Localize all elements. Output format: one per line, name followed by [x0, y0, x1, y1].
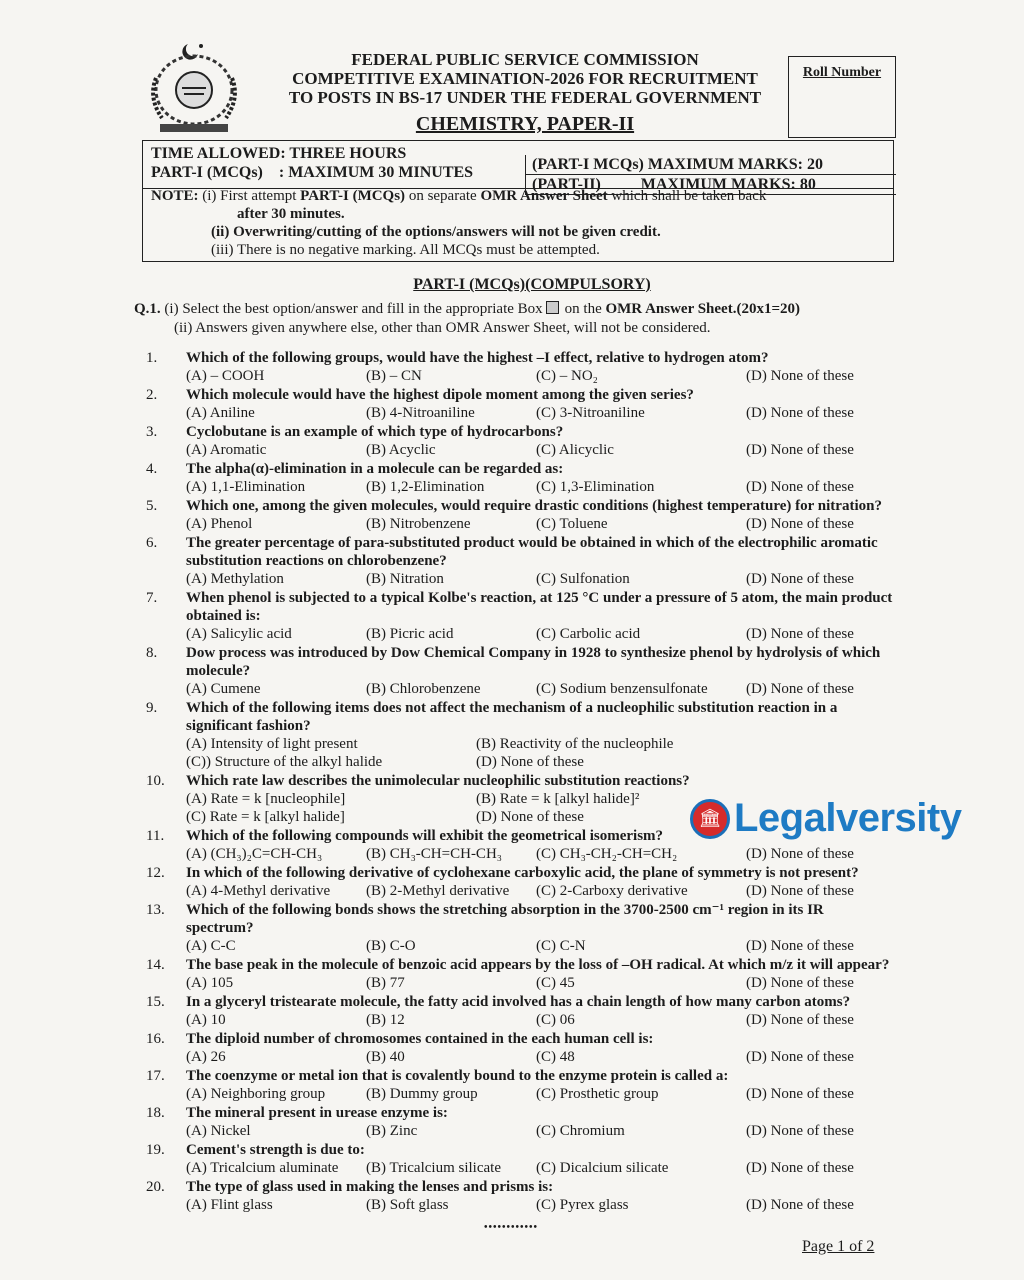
question-list: 1.Which of the following groups, would h… — [146, 349, 894, 1215]
question-number: 1. — [146, 349, 180, 367]
time-allowed: TIME ALLOWED: THREE HOURS — [151, 144, 473, 163]
question-item: 3.Cyclobutane is an example of which typ… — [146, 423, 894, 459]
question-item: 6.The greater percentage of para-substit… — [146, 534, 894, 588]
question-item: 17.The coenzyme or metal ion that is cov… — [146, 1067, 894, 1103]
question-number: 5. — [146, 497, 180, 515]
exam-scope: TO POSTS IN BS-17 UNDER THE FEDERAL GOVE… — [270, 88, 780, 107]
watermark: 🏛 Legalversity — [690, 796, 961, 841]
note-iii: (iii) There is no negative marking. All … — [151, 241, 885, 259]
option[interactable]: (B) Tricalcium silicate — [366, 1159, 536, 1177]
option[interactable]: (D) None of these — [746, 1085, 894, 1103]
options-row: (A) 1,1-Elimination(B) 1,2-Elimination(C… — [186, 478, 894, 496]
option[interactable]: (C) Prosthetic group — [536, 1085, 746, 1103]
option[interactable]: (A) 10 — [186, 1011, 366, 1029]
option[interactable]: (D) None of these — [746, 625, 894, 643]
option[interactable]: (D) None of these — [746, 1048, 894, 1066]
question-item: 5.Which one, among the given molecules, … — [146, 497, 894, 533]
exam-header: FEDERAL PUBLIC SERVICE COMMISSION COMPET… — [270, 50, 780, 136]
question-number: 10. — [146, 772, 180, 790]
question-item: 12.In which of the following derivative … — [146, 864, 894, 900]
option[interactable]: (C) Toluene — [536, 515, 746, 533]
question-item: 9.Which of the following items does not … — [146, 699, 894, 771]
question-item: 4.The alpha(α)-elimination in a molecule… — [146, 460, 894, 496]
option[interactable]: (D) None of these — [746, 1196, 894, 1214]
option[interactable]: (C) 45 — [536, 974, 746, 992]
option[interactable]: (C) Alicyclic — [536, 441, 746, 459]
q1-label: Q.1. — [134, 301, 161, 317]
option[interactable]: (A) (CH₃)₂C=CH-CH₃ — [186, 845, 366, 863]
question-item: 15.In a glyceryl tristearate molecule, t… — [146, 993, 894, 1029]
option[interactable]: (B) 1,2-Elimination — [366, 478, 536, 496]
options-row: (A) Tricalcium aluminate(B) Tricalcium s… — [186, 1159, 894, 1177]
option[interactable]: (B) 4-Nitroaniline — [366, 404, 536, 422]
courthouse-icon: 🏛 — [690, 799, 730, 839]
option[interactable]: (C) Sodium benzensulfonate — [536, 680, 746, 698]
question-text: Cyclobutane is an example of which type … — [186, 423, 894, 441]
option[interactable]: (D) None of these — [746, 882, 894, 900]
option[interactable]: (B) Chlorobenzene — [366, 680, 536, 698]
question-text: The diploid number of chromosomes contai… — [186, 1030, 894, 1048]
question-text: Which of the following groups, would hav… — [186, 349, 894, 367]
options-row: (A) Flint glass(B) Soft glass(C) Pyrex g… — [186, 1196, 894, 1214]
option[interactable]: (C) Dicalcium silicate — [536, 1159, 746, 1177]
option[interactable]: (C) Carbolic acid — [536, 625, 746, 643]
question-text: In which of the following derivative of … — [186, 864, 894, 882]
question-number: 3. — [146, 423, 180, 441]
option[interactable]: (C) 48 — [536, 1048, 746, 1066]
question-number: 2. — [146, 386, 180, 404]
question-item: 19.Cement's strength is due to:(A) Trica… — [146, 1141, 894, 1177]
instruction-i-bold: OMR Answer Sheet.(20x1=20) — [605, 301, 800, 317]
question-item: 16.The diploid number of chromosomes con… — [146, 1030, 894, 1066]
question-text: In a glyceryl tristearate molecule, the … — [186, 993, 894, 1011]
question-text: Which of the following bonds shows the s… — [186, 901, 894, 937]
option[interactable]: (C) 06 — [536, 1011, 746, 1029]
note-i-bold: PART-I (MCQs) — [300, 188, 405, 204]
options-row: (A) Phenol(B) Nitrobenzene(C) Toluene(D)… — [186, 515, 894, 533]
option[interactable]: (A) Phenol — [186, 515, 366, 533]
option[interactable]: (D) None of these — [746, 1011, 894, 1029]
option[interactable]: (D) None of these — [746, 515, 894, 533]
option[interactable]: (D) None of these — [746, 1159, 894, 1177]
watermark-text: Legalversity — [734, 796, 961, 841]
option[interactable]: (D) None of these — [746, 937, 894, 955]
question-text: Which rate law describes the unimolecula… — [186, 772, 894, 790]
option[interactable]: (D) None of these — [746, 367, 894, 385]
question-text: The base peak in the molecule of benzoic… — [186, 956, 894, 974]
option[interactable]: (A) Cumene — [186, 680, 366, 698]
exam-paper-page: FEDERAL PUBLIC SERVICE COMMISSION COMPET… — [0, 0, 1024, 1280]
question-number: 8. — [146, 644, 180, 662]
option[interactable]: (B) Nitrobenzene — [366, 515, 536, 533]
question-number: 9. — [146, 699, 180, 717]
option[interactable]: (B) Dummy group — [366, 1085, 536, 1103]
option[interactable]: (A) Intensity of light present — [186, 735, 476, 753]
question-text: Which one, among the given molecules, wo… — [186, 497, 894, 515]
question-text: When phenol is subjected to a typical Ko… — [186, 589, 894, 625]
options-row: (A) Salicylic acid(B) Picric acid(C) Car… — [186, 625, 894, 643]
question-item: 13.Which of the following bonds shows th… — [146, 901, 894, 955]
option[interactable]: (B) Nitration — [366, 570, 536, 588]
options-row: (A) – COOH(B) – CN(C) – NO₂(D) None of t… — [186, 367, 894, 385]
question-number: 4. — [146, 460, 180, 478]
options-row: (A) Intensity of light present(B) Reacti… — [186, 735, 894, 771]
question-item: 18.The mineral present in urease enzyme … — [146, 1104, 894, 1140]
note-i-text: (i) First attempt — [202, 188, 300, 204]
exam-name: COMPETITIVE EXAMINATION-2026 FOR RECRUIT… — [270, 69, 780, 88]
option[interactable]: (B) Reactivity of the nucleophile — [476, 735, 894, 753]
question-text: The mineral present in urease enzyme is: — [186, 1104, 894, 1122]
option[interactable]: (A) Salicylic acid — [186, 625, 366, 643]
option[interactable]: (C) 3-Nitroaniline — [536, 404, 746, 422]
roll-number-box[interactable]: Roll Number — [788, 56, 896, 138]
option[interactable]: (B) Picric acid — [366, 625, 536, 643]
option[interactable]: (A) C-C — [186, 937, 366, 955]
option[interactable]: (D) None of these — [746, 478, 894, 496]
note-label: NOTE: — [151, 188, 199, 204]
options-row: (A) Methylation(B) Nitration(C) Sulfonat… — [186, 570, 894, 588]
options-row: (A) 10(B) 12(C) 06(D) None of these — [186, 1011, 894, 1029]
option[interactable]: (B) 12 — [366, 1011, 536, 1029]
option[interactable]: (C) Pyrex glass — [536, 1196, 746, 1214]
time-info: TIME ALLOWED: THREE HOURS PART-I (MCQs) … — [151, 144, 473, 182]
end-separator: •••••••••••• — [484, 1222, 538, 1233]
options-row: (A) Cumene(B) Chlorobenzene(C) Sodium be… — [186, 680, 894, 698]
option[interactable]: (A) 1,1-Elimination — [186, 478, 366, 496]
option[interactable]: (C) CH₃-CH₂-CH=CH₂ — [536, 845, 746, 863]
omr-box-icon — [546, 301, 559, 314]
option[interactable]: (A) Rate = k [nucleophile] — [186, 790, 476, 808]
question-text: Cement's strength is due to: — [186, 1141, 894, 1159]
question-number: 13. — [146, 901, 180, 919]
option[interactable]: (C)) Structure of the alkyl halide — [186, 753, 476, 771]
option[interactable]: (D) None of these — [746, 570, 894, 588]
commission-name: FEDERAL PUBLIC SERVICE COMMISSION — [270, 50, 780, 69]
question-item: 7.When phenol is subjected to a typical … — [146, 589, 894, 643]
options-row: (A) (CH₃)₂C=CH-CH₃(B) CH₃-CH=CH-CH₃(C) C… — [186, 845, 894, 863]
part1-marks: (PART-I MCQs) MAXIMUM MARKS: 20 — [526, 155, 896, 175]
option[interactable]: (B) C-O — [366, 937, 536, 955]
question-number: 17. — [146, 1067, 180, 1085]
option[interactable]: (B) Zinc — [366, 1122, 536, 1140]
option[interactable]: (A) Tricalcium aluminate — [186, 1159, 366, 1177]
q1-instructions: Q.1. (i) Select the best option/answer a… — [134, 300, 904, 338]
note-ii: (ii) Overwriting/cutting of the options/… — [211, 224, 661, 240]
option[interactable]: (A) Neighboring group — [186, 1085, 366, 1103]
option[interactable]: (A) Flint glass — [186, 1196, 366, 1214]
question-item: 14.The base peak in the molecule of benz… — [146, 956, 894, 992]
option[interactable]: (A) Aniline — [186, 404, 366, 422]
options-row: (A) 26(B) 40(C) 48(D) None of these — [186, 1048, 894, 1066]
question-item: 20.The type of glass used in making the … — [146, 1178, 894, 1214]
page-number: Page 1 of 2 — [802, 1238, 874, 1256]
option[interactable]: (A) – COOH — [186, 367, 366, 385]
part1-time: PART-I (MCQs) : MAXIMUM 30 MINUTES — [151, 163, 473, 182]
option[interactable]: (D) None of these — [746, 974, 894, 992]
options-row: (A) 105(B) 77(C) 45(D) None of these — [186, 974, 894, 992]
option[interactable]: (D) None of these — [476, 753, 894, 771]
question-number: 20. — [146, 1178, 180, 1196]
option[interactable]: (C) C-N — [536, 937, 746, 955]
question-number: 11. — [146, 827, 180, 845]
question-number: 14. — [146, 956, 180, 974]
option[interactable]: (A) Aromatic — [186, 441, 366, 459]
option[interactable]: (B) 2-Methyl derivative — [366, 882, 536, 900]
option[interactable]: (B) Soft glass — [366, 1196, 536, 1214]
option[interactable]: (C) 2-Carboxy derivative — [536, 882, 746, 900]
option[interactable]: (D) None of these — [746, 680, 894, 698]
option[interactable]: (C) – NO₂ — [536, 367, 746, 385]
option[interactable]: (A) 4-Methyl derivative — [186, 882, 366, 900]
roll-number-label: Roll Number — [789, 65, 895, 81]
note-section: NOTE: (i) First attempt PART-I (MCQs) on… — [151, 187, 885, 259]
note-i-suffix: which shall be taken back — [608, 188, 767, 204]
option[interactable]: (A) Nickel — [186, 1122, 366, 1140]
question-number: 12. — [146, 864, 180, 882]
question-number: 18. — [146, 1104, 180, 1122]
question-text: The greater percentage of para-substitut… — [186, 534, 894, 570]
option[interactable]: (C) 1,3-Elimination — [536, 478, 746, 496]
option[interactable]: (A) 105 — [186, 974, 366, 992]
option[interactable]: (B) 77 — [366, 974, 536, 992]
options-row: (A) C-C(B) C-O(C) C-N(D) None of these — [186, 937, 894, 955]
options-row: (A) Neighboring group(B) Dummy group(C) … — [186, 1085, 894, 1103]
option[interactable]: (B) CH₃-CH=CH-CH₃ — [366, 845, 536, 863]
options-row: (A) Nickel(B) Zinc(C) Chromium(D) None o… — [186, 1122, 894, 1140]
instruction-i-after: on the — [565, 301, 606, 317]
option[interactable]: (A) Methylation — [186, 570, 366, 588]
option[interactable]: (B) 40 — [366, 1048, 536, 1066]
option[interactable]: (A) 26 — [186, 1048, 366, 1066]
question-number: 7. — [146, 589, 180, 607]
option[interactable]: (D) None of these — [746, 404, 894, 422]
question-text: The coenzyme or metal ion that is covale… — [186, 1067, 894, 1085]
question-text: The alpha(α)-elimination in a molecule c… — [186, 460, 894, 478]
option[interactable]: (C) Rate = k [alkyl halide] — [186, 808, 476, 826]
option[interactable]: (C) Sulfonation — [536, 570, 746, 588]
part-title: PART-I (MCQs)(COMPULSORY) — [0, 276, 1024, 294]
question-number: 16. — [146, 1030, 180, 1048]
question-text: The type of glass used in making the len… — [186, 1178, 894, 1196]
option[interactable]: (B) – CN — [366, 367, 536, 385]
question-item: 2.Which molecule would have the highest … — [146, 386, 894, 422]
options-row: (A) Aniline(B) 4-Nitroaniline(C) 3-Nitro… — [186, 404, 894, 422]
option[interactable]: (B) Acyclic — [366, 441, 536, 459]
option[interactable]: (D) None of these — [746, 441, 894, 459]
option[interactable]: (D) None of these — [746, 845, 894, 863]
fpsc-emblem-icon — [138, 38, 250, 138]
question-text: Dow process was introduced by Dow Chemic… — [186, 644, 894, 680]
note-i-cont: after 30 minutes. — [237, 206, 345, 222]
question-item: 1.Which of the following groups, would h… — [146, 349, 894, 385]
option[interactable]: (D) None of these — [746, 1122, 894, 1140]
instruction-i: (i) Select the best option/answer and fi… — [164, 301, 542, 317]
instruction-ii: (ii) Answers given anywhere else, other … — [134, 319, 904, 338]
question-number: 6. — [146, 534, 180, 552]
options-row: (A) 4-Methyl derivative(B) 2-Methyl deri… — [186, 882, 894, 900]
exam-info-box: TIME ALLOWED: THREE HOURS PART-I (MCQs) … — [142, 140, 894, 262]
question-number: 19. — [146, 1141, 180, 1159]
question-text: Which of the following items does not af… — [186, 699, 894, 735]
note-i-mid: on separate — [405, 188, 480, 204]
paper-title: CHEMISTRY, PAPER-II — [270, 113, 780, 136]
options-row: (A) Aromatic(B) Acyclic(C) Alicyclic(D) … — [186, 441, 894, 459]
question-number: 15. — [146, 993, 180, 1011]
option[interactable]: (C) Chromium — [536, 1122, 746, 1140]
note-i-omr: OMR Answer Sheet — [480, 188, 607, 204]
question-text: Which molecule would have the highest di… — [186, 386, 894, 404]
question-item: 8.Dow process was introduced by Dow Chem… — [146, 644, 894, 698]
